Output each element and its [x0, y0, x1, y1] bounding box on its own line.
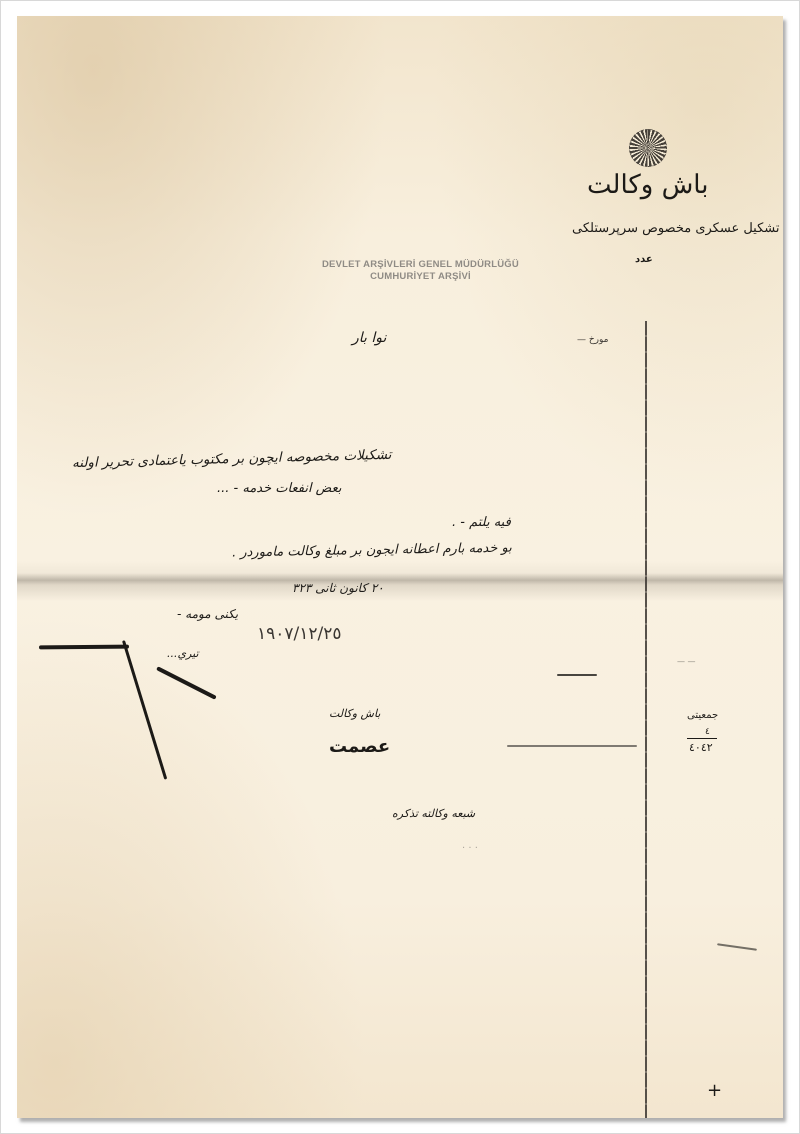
right-margin-note-2: ٤	[705, 728, 710, 737]
letter-heading: نوا بار	[352, 331, 386, 345]
bottom-note: شبعه وكالته تذكره	[392, 808, 475, 819]
pencil-stroke-diagonal	[122, 640, 167, 780]
left-note-1: يكنى مومه -	[177, 608, 238, 620]
scanned-letter-page: باش وكالت تشكيل عسكرى مخصوص سرپرستلكى عد…	[17, 16, 783, 1118]
archive-stamp-line2: CUMHURİYET ARŞİVİ	[322, 271, 519, 283]
signature: عصمت	[329, 738, 390, 756]
right-margin-note-1: جمعيتى	[687, 711, 718, 721]
margin-note-top: مورخ —	[577, 336, 609, 345]
margin-rule-line	[645, 321, 647, 1118]
body-line-4: بو خدمه بارم اعطانه ايجون بر مبلغ وكالت …	[232, 542, 512, 560]
left-note-2: تيري...	[167, 648, 199, 659]
archive-stamp: DEVLET ARŞİVLERİ GENEL MÜDÜRLÜĞÜ CUMHURİ…	[322, 259, 519, 283]
faded-stamp-line	[507, 745, 637, 747]
body-line-2: بعض انفعات خدمه - ...	[217, 482, 342, 495]
pencil-stroke-underline	[156, 666, 217, 700]
document-frame: باش وكالت تشكيل عسكرى مخصوص سرپرستلكى عد…	[0, 0, 800, 1134]
closing-title: باش وكالت	[329, 708, 380, 719]
right-margin-note-3: ٤٠٤٢	[689, 742, 713, 753]
letterhead-number-label: عدد	[635, 255, 653, 265]
faded-stamp-text: . . .	[462, 841, 478, 851]
ink-mark-right	[717, 943, 757, 951]
body-line-3: فيه يلتم - .	[452, 516, 511, 529]
body-line-date: ٢٠ كانون ثانى ٣٢٣	[292, 582, 384, 594]
corner-mark: +	[707, 1082, 722, 1100]
body-line-1: تشكيلات مخصوصه ايچون بر مكتوب ياعتمادى ت…	[72, 449, 392, 471]
pencil-stroke-horizontal	[39, 645, 129, 650]
letterhead-title: باش وكالت	[587, 172, 708, 198]
fraction-bar	[687, 738, 717, 739]
paper-fold-crease	[17, 561, 783, 601]
ink-dash	[557, 674, 597, 676]
numeric-date: ١٩٠٧/١٢/٢٥	[257, 624, 342, 644]
archive-stamp-line1: DEVLET ARŞİVLERİ GENEL MÜDÜRLÜĞÜ	[322, 259, 519, 271]
right-margin-faint-note: — —	[677, 658, 696, 666]
tughra-seal-icon	[629, 129, 667, 167]
letterhead-subtitle: تشكيل عسكرى مخصوص سرپرستلكى	[572, 222, 780, 235]
